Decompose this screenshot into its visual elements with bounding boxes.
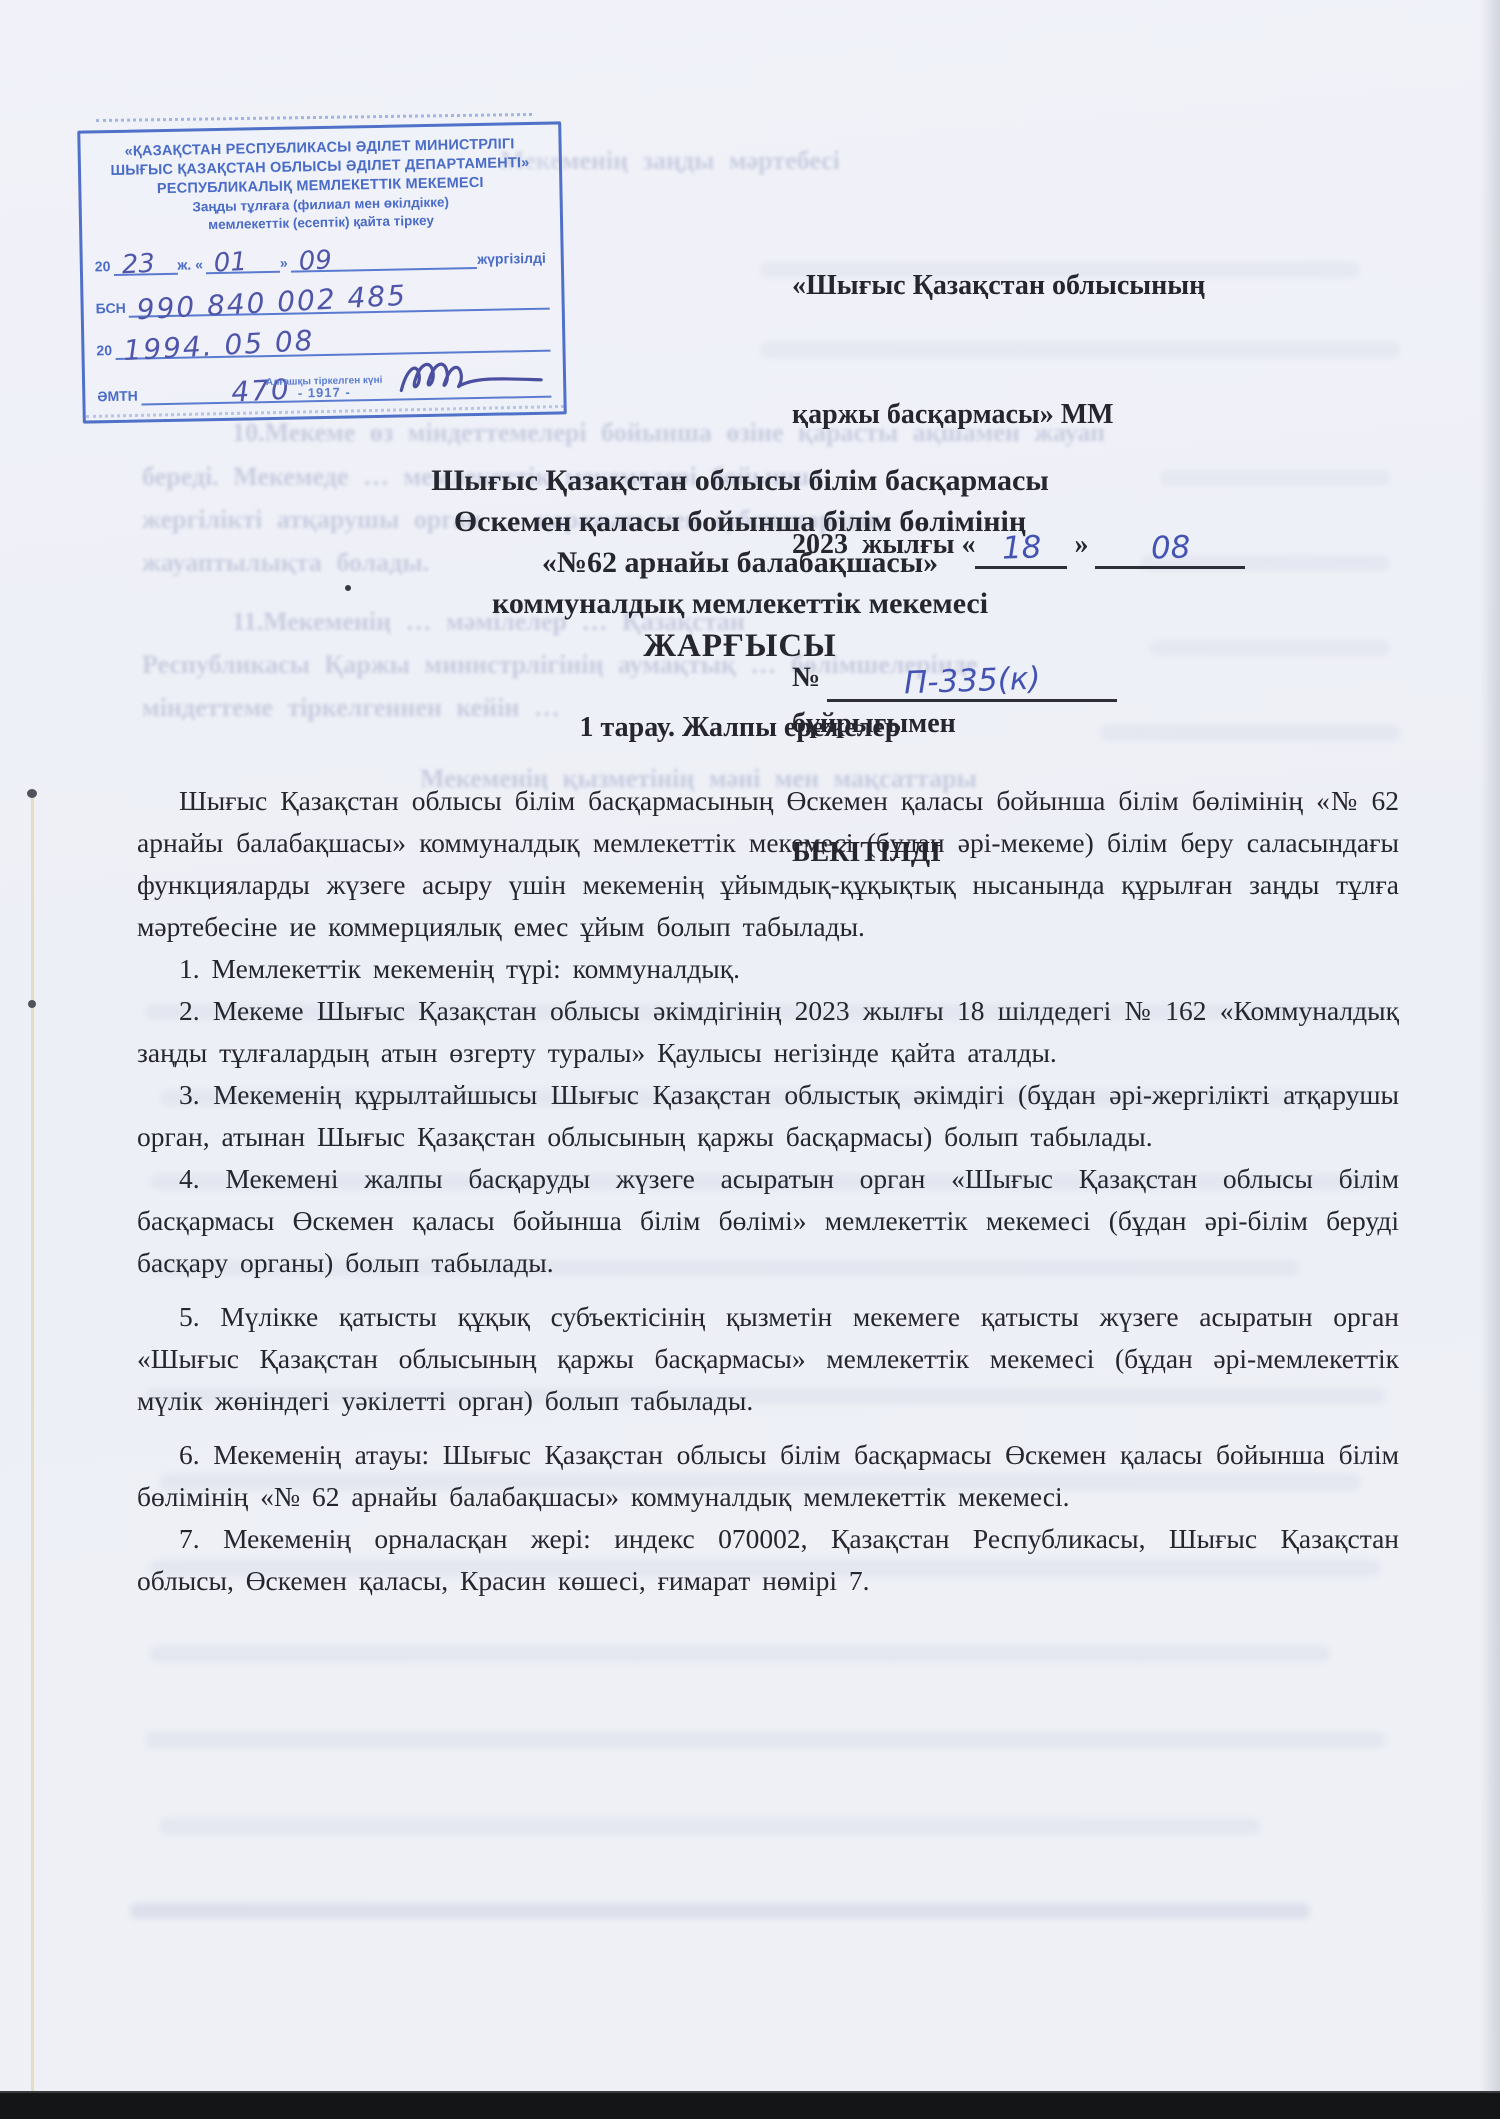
paragraph-item-7: 7. Мекеменің орналасқан жері: индекс 070…	[137, 1518, 1399, 1602]
document-title: Шығыс Қазақстан облысы білім басқармасы …	[80, 460, 1400, 667]
stamp-blank: 23	[113, 249, 177, 276]
title-line: Өскемен қаласы бойынша білім бөлімінің	[80, 501, 1400, 542]
stamp-label: »	[280, 255, 291, 273]
stamp-label: БСН	[95, 300, 128, 319]
stamp-label: 20	[96, 342, 115, 360]
title-line: «№62 арнайы балабақшасы»	[80, 542, 1400, 583]
stamp-date-row: 20 23 ж. « 01 » 09 жүргізілді	[95, 242, 549, 277]
stamp-amtn-row: ӘМТН 470 Алғашқы тіркелген күні - 1917 -	[97, 372, 551, 407]
chapter-heading: 1 тарау. Жалпы ережелер	[80, 712, 1400, 744]
paragraph-item-1: 1. Мемлекеттік мекеменің түрі: коммуналд…	[137, 948, 1399, 990]
stamp-label: ж. «	[177, 256, 206, 275]
bleedthrough-bar	[130, 1903, 1310, 1919]
paragraph-item-4: 4. Мекемені жалпы басқаруды жүзеге асыра…	[137, 1158, 1399, 1284]
binding-thread	[31, 792, 34, 2095]
handwritten-year: 23	[121, 249, 156, 281]
stamp-label: ӘМТН	[97, 388, 141, 407]
paragraph-item-5: 5. Мүлікке қатысты құқық субъектісінің қ…	[137, 1296, 1399, 1422]
stamp-label: 20	[95, 258, 114, 276]
scan-edge-shadow	[1480, 0, 1500, 2119]
bleedthrough-bar	[150, 1646, 1330, 1662]
paragraph-item-2: 2. Мекеме Шығыс Қазақстан облысы әкімдіг…	[137, 990, 1399, 1074]
handwritten-bin-number: 990 840 002 485	[136, 279, 408, 327]
stamp-year-1917: - 1917 -	[298, 384, 351, 400]
stamp-bin-row: БСН 990 840 002 485	[95, 284, 549, 319]
thread-knot	[28, 1000, 36, 1008]
signature-scribble	[397, 352, 548, 403]
title-line: коммуналдық мемлекеттік мекемесі	[80, 583, 1400, 624]
stamp-blank: 01	[206, 247, 280, 274]
justice-registration-stamp: «ҚАЗАҚСТАН РЕСПУБЛИКАСЫ ӘДІЛЕТ МИНИСТРЛІ…	[77, 121, 567, 423]
paragraph-item-6: 6. Мекеменің атауы: Шығыс Қазақстан облы…	[137, 1434, 1399, 1518]
handwritten-day: 01	[213, 247, 248, 279]
paragraph-intro: Шығыс Қазақстан облысы білім басқармасын…	[137, 780, 1399, 948]
ink-speck	[345, 585, 351, 591]
title-line: Шығыс Қазақстан облысы білім басқармасы	[80, 460, 1400, 501]
bleedthrough-bar	[145, 1732, 1385, 1748]
handwritten-month: 09	[298, 245, 333, 277]
title-charter-word: ЖАРҒЫСЫ	[80, 624, 1400, 667]
stamp-scan-artifact	[96, 113, 532, 122]
paragraph-item-3: 3. Мекеменің құрылтайшысы Шығыс Қазақста…	[137, 1074, 1399, 1158]
stamp-label: жүргізілді	[477, 250, 549, 269]
approval-line: қаржы басқармасы» ММ	[792, 393, 1272, 436]
stamp-blank	[346, 372, 552, 402]
scanner-edge-band	[0, 2091, 1500, 2119]
stamp-blank: 990 840 002 485	[128, 284, 549, 318]
thread-knot	[27, 789, 37, 798]
handwritten-date: 1994. 05 08	[122, 324, 315, 367]
approval-line: «Шығыс Қазақстан облысының	[792, 264, 1272, 307]
charter-body: Шығыс Қазақстан облысы білім басқармасын…	[137, 780, 1399, 1602]
bleedthrough-bar	[160, 1818, 1260, 1834]
stamp-blank: 09	[290, 243, 477, 273]
scanned-document-page: Мекеменің заңды мәртебесі 10.Мекеме өз м…	[0, 0, 1500, 2119]
